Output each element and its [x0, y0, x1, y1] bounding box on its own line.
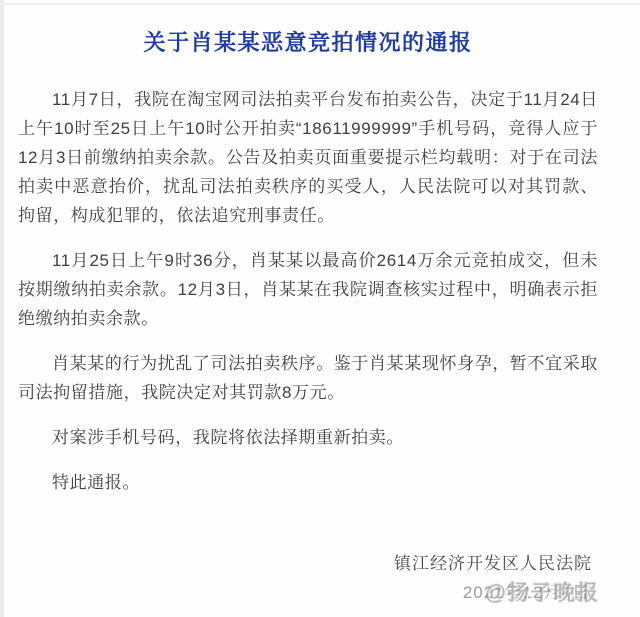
paragraph-auction-announcement: 11月7日，我院在淘宝网司法拍卖平台发布拍卖公告，决定于11月24日上午10时至…	[18, 85, 598, 230]
signature-block: 镇江经济开发区人民法院 2021年12月4日 @扬子晚报	[18, 549, 598, 607]
paragraph-winning-bid: 11月25日上午9时36分，肖某某以最高价2614万余元竞拍成交，但未按期缴纳拍…	[18, 246, 598, 333]
paragraph-reauction: 对案涉手机号码，我院将依法择期重新拍卖。	[18, 423, 598, 452]
notice-body: 11月7日，我院在淘宝网司法拍卖平台发布拍卖公告，决定于11月24日上午10时至…	[18, 85, 598, 497]
notice-document: 关于肖某某恶意竞拍情况的通报 11月7日，我院在淘宝网司法拍卖平台发布拍卖公告，…	[0, 0, 640, 617]
page-title: 关于肖某某恶意竞拍情况的通报	[18, 26, 598, 57]
paragraph-penalty-decision: 肖某某的行为扰乱了司法拍卖秩序。鉴于肖某某现怀身孕，暂不宜采取司法拘留措施，我院…	[18, 349, 598, 407]
date-row: 2021年12月4日 @扬子晚报	[18, 578, 592, 607]
notice-date: 2021年12月4日	[463, 583, 592, 602]
paragraph-closing: 特此通报。	[18, 468, 598, 497]
court-signature: 镇江经济开发区人民法院	[18, 549, 592, 578]
notice-page: 关于肖某某恶意竞拍情况的通报 11月7日，我院在淘宝网司法拍卖平台发布拍卖公告，…	[0, 0, 640, 617]
